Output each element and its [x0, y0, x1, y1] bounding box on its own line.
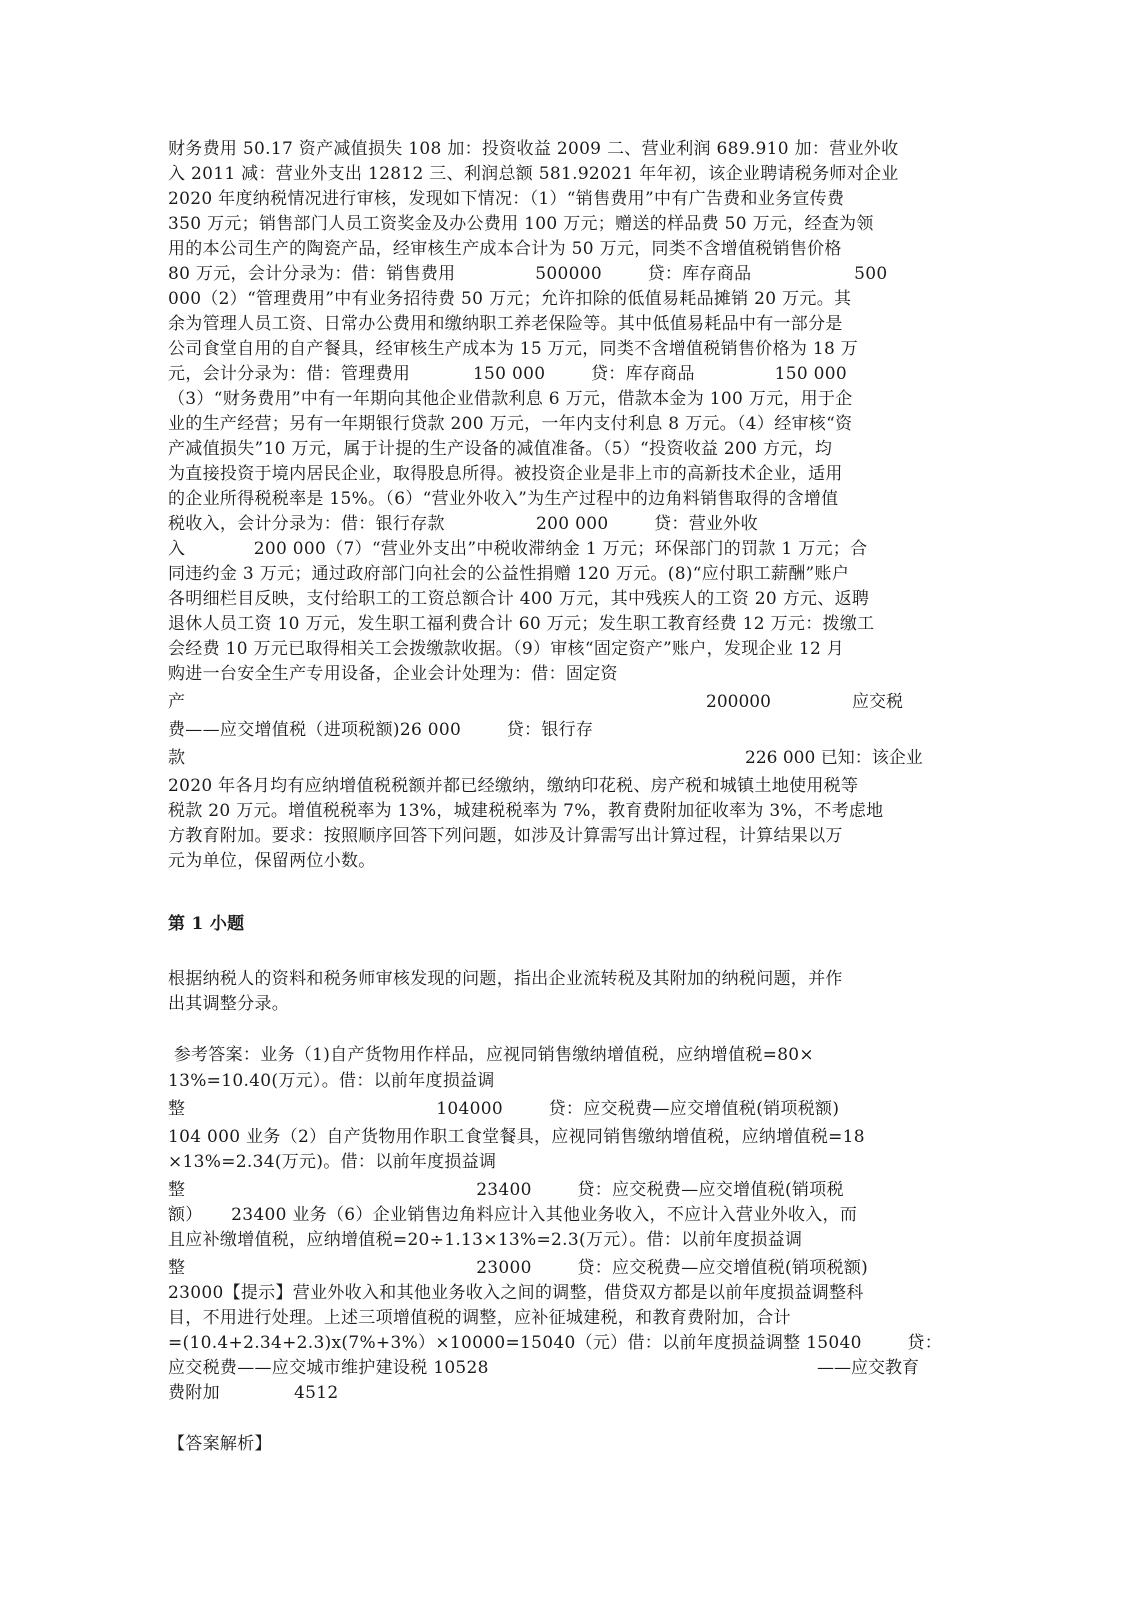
intro-line: 为直接投资于境内居民企业，取得股息所得。被投资企业是非上市的高新技术企业，适用	[168, 462, 948, 487]
intro-line: 350 万元；销售部门人员工资奖金及办公费用 100 万元；赠送的样品费 50 …	[168, 212, 948, 237]
answer-line: 目，不用进行处理。上述三项增值税的调整，应补征城建税，和教育费附加，合计	[168, 1306, 948, 1331]
intro-line: 购进一台安全生产专用设备，企业会计处理为：借：固定资	[168, 662, 948, 687]
document-page: 财务费用 50.17 资产减值损失 108 加：投资收益 2009 二、营业利润…	[0, 0, 1131, 1600]
intro-line: 产减值损失”10 万元，属于计提的生产设备的减值准备。（5）“投资收益 200 …	[168, 437, 948, 462]
intro-line: 80 万元，会计分录为：借：销售费用 500000 贷：库存商品 500	[168, 262, 948, 287]
answer-line: 整 23000 贷：应交税费—应交增值税(销项税额)	[168, 1256, 948, 1281]
question-title: 第 1 小题	[168, 912, 948, 937]
answer-line: 额） 23400 业务（6）企业销售边角料应计入其他业务收入，不应计入营业外收入…	[168, 1203, 948, 1228]
answer-line: 整 104000 贷：应交税费—应交增值税(销项税额)	[168, 1097, 948, 1122]
answer-line: =(10.4+2.34+2.3)x(7%+3%）×10000=15040（元）借…	[168, 1331, 948, 1356]
intro-line: 各明细栏目反映，支付给职工的工资总额合计 400 万元，其中残疾人的工资 20 …	[168, 587, 948, 612]
intro-line: 产	[168, 690, 948, 715]
intro-line: 公司食堂自用的自产餐具，经审核生产成本为 15 万元，同类不含增值税销售价格为 …	[168, 337, 948, 362]
intro-line: 元，会计分录为：借：管理费用 150 000 贷：库存商品 150 000	[168, 362, 948, 387]
question-prompt-line: 根据纳税人的资料和税务师审核发现的问题，指出企业流转税及其附加的纳税问题，并作	[168, 967, 948, 992]
intro-line: 余为管理人员工资、日常办公费用和缴纳职工养老保险等。其中低值易耗品中有一部分是	[168, 312, 948, 337]
intro-line: 会经费 10 万元已取得相关工会拨缴款收据。（9）审核“固定资产”账户，发现企业…	[168, 637, 948, 662]
intro-line: 退休人员工资 10 万元，发生职工福利费合计 60 万元；发生职工教育经费 12…	[168, 612, 948, 637]
intro-line: 2020 年各月均有应纳增值税税额并都已经缴纳，缴纳印花税、房产税和城镇土地使用…	[168, 774, 948, 799]
answer-line: 13%=10.40(万元）。借：以前年度损益调	[168, 1069, 948, 1094]
intro-line: 000（2）“管理费用”中有业务招待费 50 万元；允许扣除的低值易耗品摊销 2…	[168, 287, 948, 312]
answer-line: 参考答案：业务（1)自产货物用作样品，应视同销售缴纳增值税，应纳增值税=80×	[168, 1043, 948, 1068]
intro-line: 税款 20 万元。增值税税率为 13%，城建税税率为 7%，教育费附加征收率为 …	[168, 799, 948, 824]
intro-line: 财务费用 50.17 资产减值损失 108 加：投资收益 2009 二、营业利润…	[168, 137, 948, 162]
intro-line: 业的生产经营；另有一年期银行贷款 200 万元，一年内支付利息 8 万元。（4）…	[168, 412, 948, 437]
bank-amount-known: 226 000 已知：该企业	[745, 746, 923, 771]
answer-line: 23000【提示】营业外收入和其他业务收入之间的调整，借贷双方都是以前年度损益调…	[168, 1281, 948, 1306]
answer-line: 104 000 业务（2）自产货物用作职工食堂餐具，应视同销售缴纳增值税，应纳增…	[168, 1125, 948, 1150]
intro-line: （3）“财务费用”中有一年期向其他企业借款利息 6 万元，借款本金为 100 万…	[168, 387, 948, 412]
intro-line: 入 2011 减：营业外支出 12812 三、利润总额 581.92021 年年…	[168, 162, 948, 187]
question-prompt-line: 出其调整分录。	[168, 992, 948, 1017]
intro-line: 的企业所得税税率是 15%。（6）“营业外收入”为生产过程中的边角料销售取得的含…	[168, 487, 948, 512]
answer-line: 费附加 4512	[168, 1381, 948, 1406]
tax-payable-label: 应交税	[852, 690, 903, 715]
answer-line: 整 23400 贷：应交税费—应交增值税(销项税	[168, 1178, 948, 1203]
intro-line: 用的本公司生产的陶瓷产品，经审核生产成本合计为 50 万元，同类不含增值税销售价…	[168, 237, 948, 262]
intro-line: 同违约金 3 万元；通过政府部门向社会的公益性捐赠 120 万元。(8)“应付职…	[168, 562, 948, 587]
intro-line: 方教育附加。要求：按照顺序回答下列问题，如涉及计算需写出计算过程，计算结果以万	[168, 824, 948, 849]
analysis-title: 【答案解析】	[168, 1432, 948, 1457]
intro-line: 费——应交增值税（进项税额)26 000 贷：银行存	[168, 718, 948, 743]
intro-line: 入 200 000（7）“营业外支出”中税收滞纳金 1 万元；环保部门的罚款 1…	[168, 537, 948, 562]
answer-line: ×13%=2.34(万元)。借：以前年度损益调	[168, 1150, 948, 1175]
intro-line: 元为单位，保留两位小数。	[168, 849, 948, 874]
intro-line: 2020 年度纳税情况进行审核，发现如下情况：（1）“销售费用”中有广告费和业务…	[168, 187, 948, 212]
edu-fee-label: ——应交教育	[817, 1356, 919, 1381]
answer-line: 且应补缴增值税，应纳增值税=20÷1.13×13%=2.3(万元）。借：以前年度…	[168, 1228, 948, 1253]
intro-line: 税收入，会计分录为：借：银行存款 200 000 贷：营业外收	[168, 512, 948, 537]
fixed-asset-amount: 200000	[706, 690, 771, 715]
